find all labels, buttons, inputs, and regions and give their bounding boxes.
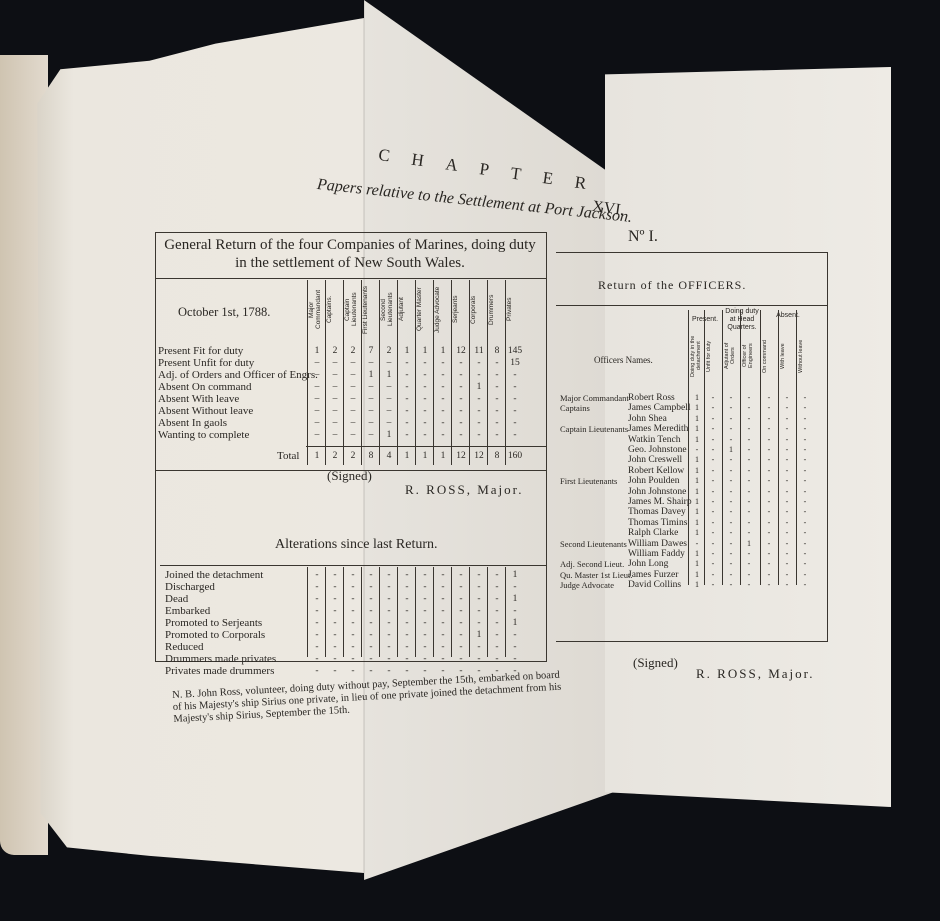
cell-value: - [416, 429, 434, 441]
alteration-value: - [380, 593, 398, 605]
officer-cell: - [762, 549, 776, 560]
column-header: Serjeants [452, 282, 470, 337]
cell-value: – [362, 357, 380, 369]
officer-cell: - [742, 528, 756, 539]
officers-names-header: Officers Names. [594, 355, 653, 365]
cell-value: 1 [362, 369, 380, 381]
cell-value: – [326, 357, 344, 369]
cell-value: 2 [380, 345, 398, 357]
officer-rank: Captain Lieutenants [560, 424, 628, 434]
officers-return-title: Return of the OFFICERS. [598, 278, 746, 293]
officer-name: James Furzer [628, 570, 678, 581]
officer-name: Thomas Timins [628, 518, 687, 529]
cell-value: 145 [506, 345, 524, 357]
alteration-value: - [488, 593, 506, 605]
officer-cell: - [706, 466, 720, 477]
cell-value: - [470, 393, 488, 405]
cell-value: - [452, 393, 470, 405]
cell-value: – [326, 405, 344, 417]
alteration-value: - [416, 605, 434, 617]
alteration-value: - [344, 569, 362, 581]
officer-cell: 1 [690, 435, 704, 446]
officer-cell: - [798, 424, 812, 435]
officer-cell: - [780, 539, 794, 550]
officer-cell: - [798, 559, 812, 570]
alteration-value: 1 [506, 593, 524, 605]
cell-value: - [452, 417, 470, 429]
cell-value: 2 [344, 345, 362, 357]
alteration-label: Promoted to Serjeants [165, 617, 262, 629]
total-value: 12 [452, 450, 470, 462]
alteration-value: - [308, 581, 326, 593]
alteration-value: - [326, 605, 344, 617]
officer-cell: - [742, 559, 756, 570]
officer-cell: - [724, 549, 738, 560]
officer-cell: - [780, 518, 794, 529]
alteration-value: - [344, 629, 362, 641]
officer-cell: - [706, 424, 720, 435]
alteration-value: - [398, 665, 416, 677]
officer-cell: 1 [690, 424, 704, 435]
officer-cell: - [724, 393, 738, 404]
alteration-value: - [470, 617, 488, 629]
alteration-value: - [326, 617, 344, 629]
alteration-label: Embarked [165, 605, 210, 617]
officer-cell: - [798, 528, 812, 539]
alteration-value: - [344, 665, 362, 677]
cell-value: – [344, 429, 362, 441]
cell-value: - [488, 417, 506, 429]
alteration-value: 1 [506, 569, 524, 581]
column-header: Second Lieutenants [380, 282, 398, 337]
alteration-value: - [488, 569, 506, 581]
officer-cell: - [762, 445, 776, 456]
cell-value: – [380, 393, 398, 405]
officers-signature: R. ROSS, Major. [696, 666, 815, 682]
officer-cell: - [706, 570, 720, 581]
cell-value: - [452, 369, 470, 381]
officer-cell: - [798, 455, 812, 466]
officer-cell: - [780, 424, 794, 435]
officer-cell: - [742, 435, 756, 446]
officer-cell: - [742, 497, 756, 508]
alteration-value: - [362, 581, 380, 593]
officer-cell: - [780, 507, 794, 518]
officer-cell: - [706, 559, 720, 570]
cell-value: – [326, 381, 344, 393]
row-label: Present Unfit for duty [158, 357, 254, 369]
column-header: Adjutant [398, 282, 416, 337]
officers-signed-label: (Signed) [633, 655, 678, 671]
alteration-value: - [434, 569, 452, 581]
cell-value: - [434, 357, 452, 369]
officer-cell: 1 [690, 393, 704, 404]
total-value: 8 [362, 450, 380, 462]
cell-value: - [488, 357, 506, 369]
officer-name: John Poulden [628, 476, 679, 487]
officer-cell: - [742, 403, 756, 414]
officer-cell: - [762, 570, 776, 581]
row-label: Wanting to complete [158, 429, 249, 441]
alteration-value: - [452, 629, 470, 641]
cell-value: – [344, 393, 362, 405]
officer-cell: - [724, 518, 738, 529]
alteration-value: - [344, 641, 362, 653]
alteration-label: Privates made drummers [165, 665, 274, 677]
alteration-value: - [434, 581, 452, 593]
cell-value: 8 [488, 345, 506, 357]
cell-value: 11 [470, 345, 488, 357]
officer-cell: - [780, 435, 794, 446]
cell-value: – [380, 405, 398, 417]
officer-cell: - [742, 518, 756, 529]
officer-cell: 1 [690, 487, 704, 498]
cell-value: - [470, 429, 488, 441]
alteration-value: - [434, 629, 452, 641]
officer-name: John Creswell [628, 455, 682, 466]
alteration-value: - [452, 581, 470, 593]
alteration-value: - [416, 665, 434, 677]
cell-value: 1 [308, 345, 326, 357]
officer-cell: - [762, 424, 776, 435]
column-rule [722, 310, 723, 585]
alteration-value: - [362, 665, 380, 677]
cell-value: - [416, 417, 434, 429]
officer-cell: - [724, 424, 738, 435]
officer-cell: - [762, 539, 776, 550]
officer-cell: - [780, 445, 794, 456]
officer-cell: - [780, 528, 794, 539]
cell-value: - [416, 369, 434, 381]
cell-value: - [416, 357, 434, 369]
officer-cell: 1 [690, 549, 704, 560]
officer-cell: 1 [690, 580, 704, 591]
officer-cell: - [706, 518, 720, 529]
cell-value: - [398, 393, 416, 405]
officer-cell: - [724, 476, 738, 487]
column-header: Captains. [326, 282, 344, 337]
alteration-value: - [380, 605, 398, 617]
cell-value: - [398, 405, 416, 417]
officer-name: John Johnstone [628, 487, 686, 498]
column-rule [778, 310, 779, 585]
cell-value: - [470, 357, 488, 369]
cell-value: 15 [506, 357, 524, 369]
cell-value: - [506, 369, 524, 381]
alteration-value: - [488, 581, 506, 593]
officer-cell: - [742, 507, 756, 518]
officer-cell: - [690, 539, 704, 550]
officer-cell: - [762, 507, 776, 518]
total-value: 160 [506, 450, 524, 462]
officer-cell: - [742, 476, 756, 487]
alteration-value: - [380, 581, 398, 593]
column-header: Corporals [470, 282, 488, 337]
officer-cell: - [724, 528, 738, 539]
row-label: Adj. of Orders and Officer of Engrs. [158, 369, 318, 381]
alteration-value: - [308, 641, 326, 653]
officer-cell: 1 [690, 497, 704, 508]
general-return-title: General Return of the four Companies of … [160, 236, 540, 272]
officer-cell: - [742, 393, 756, 404]
alteration-label: Reduced [165, 641, 203, 653]
officer-name: John Shea [628, 414, 667, 425]
alteration-label: Promoted to Corporals [165, 629, 265, 641]
officer-cell: - [762, 466, 776, 477]
alteration-value: - [452, 653, 470, 665]
officer-cell: - [780, 559, 794, 570]
officer-cell: - [762, 476, 776, 487]
alteration-value: - [380, 653, 398, 665]
alteration-value: - [416, 581, 434, 593]
cell-value: - [506, 429, 524, 441]
officer-cell: - [762, 580, 776, 591]
officer-cell: - [780, 466, 794, 477]
officer-cell: - [706, 497, 720, 508]
alteration-value: - [308, 593, 326, 605]
cell-value: – [344, 357, 362, 369]
officer-cell: - [724, 403, 738, 414]
officer-cell: - [798, 403, 812, 414]
officer-cell: - [706, 393, 720, 404]
total-value: 2 [326, 450, 344, 462]
officer-cell: - [706, 403, 720, 414]
officer-cell: - [780, 497, 794, 508]
cell-value: – [326, 417, 344, 429]
officer-name: Robert Ross [628, 393, 675, 404]
alteration-value: - [344, 593, 362, 605]
officer-cell: 1 [690, 455, 704, 466]
alteration-value: - [506, 629, 524, 641]
total-value: 1 [308, 450, 326, 462]
alteration-value: 1 [506, 617, 524, 629]
officer-cell: - [706, 476, 720, 487]
alteration-value: - [380, 665, 398, 677]
group-head-quarters: Doing duty at Head Quarters. [724, 308, 760, 332]
divider [160, 565, 547, 566]
officer-cell: - [706, 528, 720, 539]
officer-rank: Second Lieutenants [560, 539, 627, 549]
officer-cell: - [724, 507, 738, 518]
alteration-value: - [362, 653, 380, 665]
officer-cell: - [724, 559, 738, 570]
alteration-value: - [398, 593, 416, 605]
total-value: 2 [344, 450, 362, 462]
alteration-value: - [416, 641, 434, 653]
officer-cell: 1 [690, 476, 704, 487]
officer-cell: - [706, 549, 720, 560]
alteration-value: - [380, 641, 398, 653]
officer-cell: - [762, 528, 776, 539]
alteration-value: - [452, 569, 470, 581]
alteration-value: - [434, 593, 452, 605]
cell-value: - [506, 417, 524, 429]
cell-value: – [344, 369, 362, 381]
officer-cell: 1 [690, 414, 704, 425]
total-value: 12 [470, 450, 488, 462]
officer-name: Watkin Tench [628, 435, 680, 446]
officer-cell: - [798, 393, 812, 404]
alteration-value: - [398, 653, 416, 665]
officer-cell: 1 [690, 528, 704, 539]
officer-cell: - [780, 549, 794, 560]
officer-rank: Captains [560, 403, 590, 413]
cell-value: - [452, 405, 470, 417]
alteration-value: - [308, 665, 326, 677]
divider [155, 278, 547, 279]
return-date: October 1st, 1788. [178, 305, 270, 320]
cell-value: 1 [380, 369, 398, 381]
cell-value: – [380, 417, 398, 429]
officer-rank: Qu. Master 1st Lieut. [560, 570, 632, 580]
officer-cell: 1 [724, 445, 738, 456]
officer-name: James Campbell [628, 403, 691, 414]
officer-cell: - [706, 507, 720, 518]
cell-value: - [488, 429, 506, 441]
row-label: Absent Without leave [158, 405, 253, 417]
group-absent: Absent. [764, 312, 812, 320]
officer-column-header: On command [762, 335, 776, 377]
officer-cell: - [780, 393, 794, 404]
alteration-value: - [470, 605, 488, 617]
alteration-value: - [380, 617, 398, 629]
cell-value: - [416, 405, 434, 417]
cell-value: – [344, 405, 362, 417]
cell-value: – [308, 393, 326, 405]
officer-cell: - [798, 476, 812, 487]
alteration-value: - [470, 593, 488, 605]
alteration-value: - [470, 569, 488, 581]
cell-value: - [398, 429, 416, 441]
alteration-value: - [452, 605, 470, 617]
column-header: Privates [506, 282, 524, 337]
alteration-value: - [362, 569, 380, 581]
total-value: 1 [398, 450, 416, 462]
officer-cell: - [724, 435, 738, 446]
alteration-value: - [506, 581, 524, 593]
cell-value: - [398, 417, 416, 429]
total-rule [306, 446, 547, 447]
alteration-label: Discharged [165, 581, 215, 593]
cell-value: - [452, 429, 470, 441]
alteration-value: - [488, 653, 506, 665]
officer-cell: - [798, 497, 812, 508]
row-label: Absent On command [158, 381, 251, 393]
officer-cell: - [706, 445, 720, 456]
alteration-value: - [506, 641, 524, 653]
cell-value: - [452, 357, 470, 369]
column-rule [796, 310, 797, 585]
cell-value: – [362, 429, 380, 441]
cell-value: 1 [398, 345, 416, 357]
alteration-value: - [470, 641, 488, 653]
officer-cell: - [742, 549, 756, 560]
cell-value: – [326, 429, 344, 441]
cell-value: – [308, 417, 326, 429]
officer-cell: - [724, 580, 738, 591]
officer-cell: - [762, 559, 776, 570]
cell-value: - [434, 393, 452, 405]
alteration-value: - [326, 653, 344, 665]
cell-value: – [362, 405, 380, 417]
column-header: Drummers [488, 282, 506, 337]
alteration-value: - [416, 629, 434, 641]
cell-value: – [308, 429, 326, 441]
officer-cell: - [798, 549, 812, 560]
officer-cell: 1 [690, 570, 704, 581]
alteration-value: - [506, 653, 524, 665]
signature: R. ROSS, Major. [405, 482, 524, 498]
officer-name: Robert Kellow [628, 466, 684, 477]
alteration-value: 1 [470, 629, 488, 641]
total-value: 1 [434, 450, 452, 462]
officer-cell: 1 [690, 403, 704, 414]
officer-cell: - [780, 570, 794, 581]
officer-name: William Dawes [628, 539, 687, 550]
alteration-value: - [452, 617, 470, 629]
alteration-value: - [470, 653, 488, 665]
alteration-value: - [326, 581, 344, 593]
officer-rank: Major Commandant [560, 393, 629, 403]
officer-cell: - [742, 570, 756, 581]
officer-name: James M. Shairp [628, 497, 692, 508]
officer-cell: - [762, 518, 776, 529]
cell-value: – [308, 369, 326, 381]
officer-cell: - [742, 487, 756, 498]
cell-value: – [308, 381, 326, 393]
cell-value: - [506, 393, 524, 405]
alteration-value: - [452, 641, 470, 653]
officer-cell: - [742, 455, 756, 466]
alteration-value: - [398, 629, 416, 641]
officer-cell: - [706, 580, 720, 591]
cell-value: - [434, 381, 452, 393]
officer-rank: Judge Advocate [560, 580, 614, 590]
officer-column-header: Officer of Engineers [742, 335, 756, 377]
cell-value: – [380, 381, 398, 393]
alteration-value: - [452, 593, 470, 605]
alteration-value: - [362, 605, 380, 617]
officer-cell: - [706, 414, 720, 425]
cell-value: – [344, 381, 362, 393]
officer-cell: - [724, 570, 738, 581]
officer-cell: - [724, 487, 738, 498]
cell-value: 1 [470, 381, 488, 393]
officer-cell: - [706, 455, 720, 466]
officer-cell: - [724, 497, 738, 508]
cell-value: – [344, 417, 362, 429]
cell-value: 1 [434, 345, 452, 357]
officer-name: William Faddy [628, 549, 685, 560]
column-rule [760, 310, 761, 585]
cell-value: - [434, 405, 452, 417]
officer-cell: - [742, 414, 756, 425]
officer-cell: - [706, 435, 720, 446]
group-present: Present. [688, 316, 722, 324]
signed-label: (Signed) [327, 468, 372, 484]
cell-value: – [362, 393, 380, 405]
officer-cell: - [798, 435, 812, 446]
cell-value: – [308, 405, 326, 417]
alteration-value: - [398, 569, 416, 581]
officer-cell: - [798, 445, 812, 456]
alteration-value: - [434, 617, 452, 629]
officer-cell: - [762, 393, 776, 404]
officer-cell: - [798, 414, 812, 425]
cell-value: - [434, 417, 452, 429]
officer-cell: - [780, 414, 794, 425]
alteration-value: - [362, 641, 380, 653]
